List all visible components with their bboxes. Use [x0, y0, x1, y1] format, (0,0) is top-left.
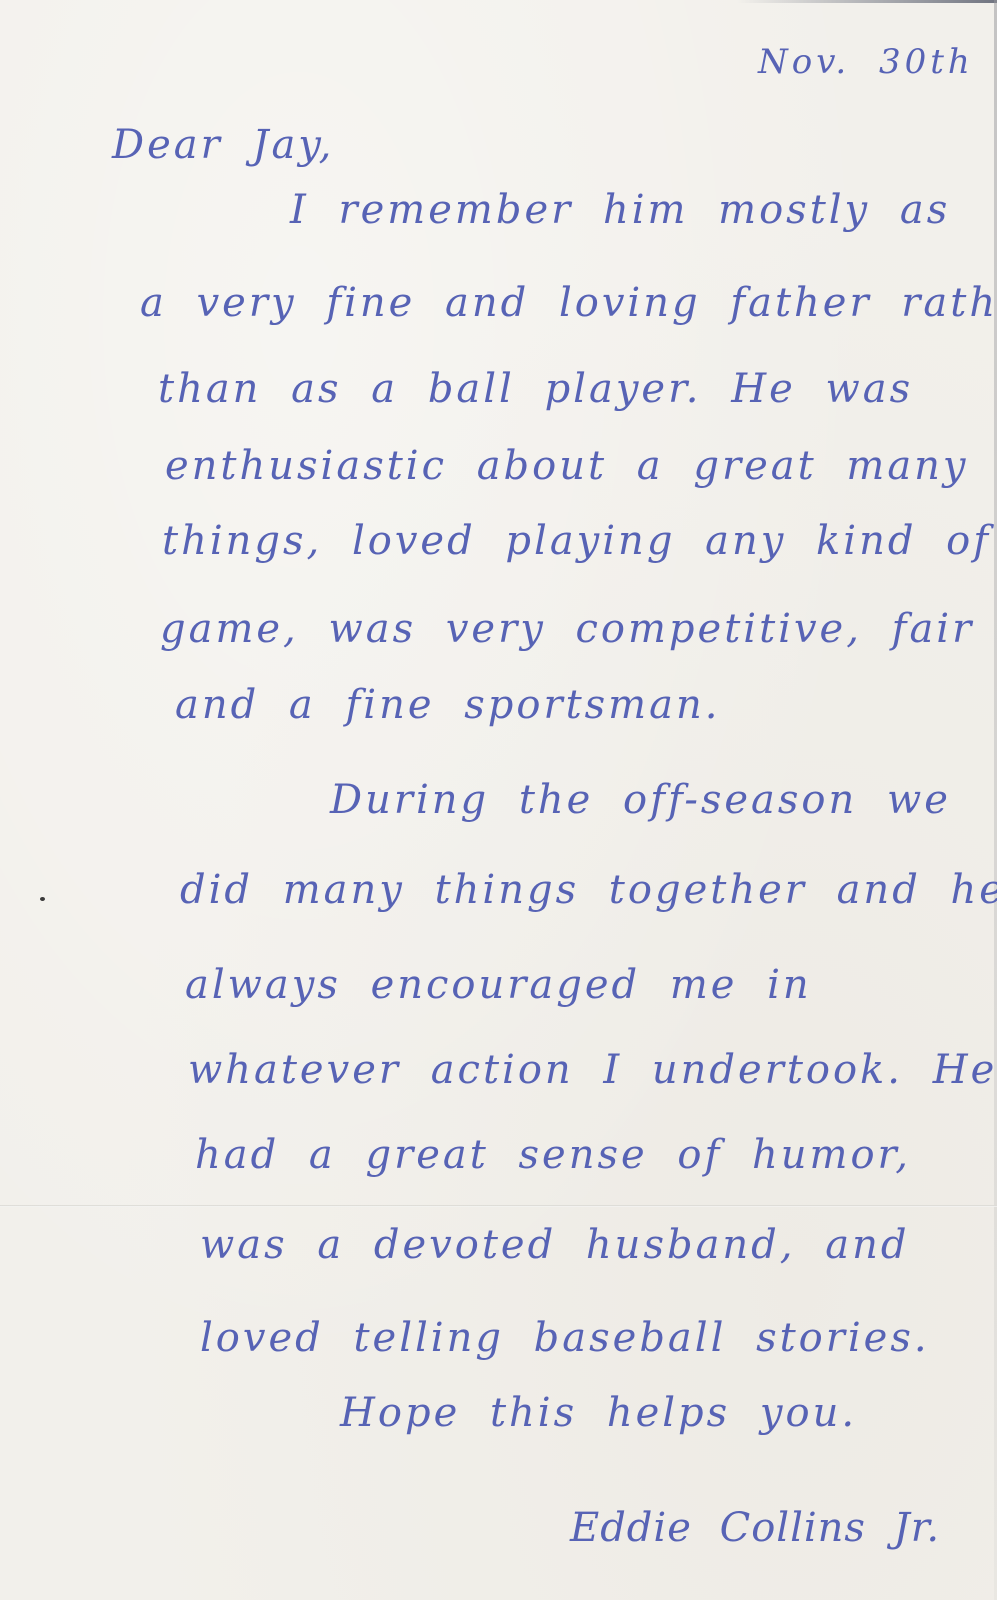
body-line: was a devoted husband, and	[200, 1222, 909, 1268]
salutation: Dear Jay,	[112, 122, 334, 168]
closing-line: Hope this helps you.	[340, 1390, 857, 1436]
body-line: game, was very competitive, fair	[160, 606, 974, 652]
body-line: a very fine and loving father rather	[140, 280, 997, 326]
fold-line	[0, 1205, 997, 1207]
body-line: loved telling baseball stories.	[200, 1315, 930, 1361]
paper-speck	[40, 897, 45, 901]
page-top-shadow	[737, 0, 997, 3]
body-line: and a fine sportsman.	[175, 682, 720, 728]
body-line: did many things together and he	[180, 867, 997, 913]
letter-date: Nov. 30th	[758, 42, 974, 82]
body-line: During the off-season we	[330, 777, 951, 823]
body-line: things, loved playing any kind of	[162, 518, 991, 564]
body-line: enthusiastic about a great many	[165, 443, 969, 489]
body-line: whatever action I undertook. He	[188, 1047, 997, 1093]
body-line: always encouraged me in	[185, 962, 812, 1008]
body-line: had a great sense of humor,	[195, 1132, 911, 1178]
signature: Eddie Collins Jr.	[570, 1505, 940, 1551]
letter-page: Nov. 30th Dear Jay, I remember him mostl…	[0, 0, 997, 1600]
body-line: I remember him mostly as	[290, 187, 950, 233]
body-line: than as a ball player. He was	[158, 366, 913, 412]
